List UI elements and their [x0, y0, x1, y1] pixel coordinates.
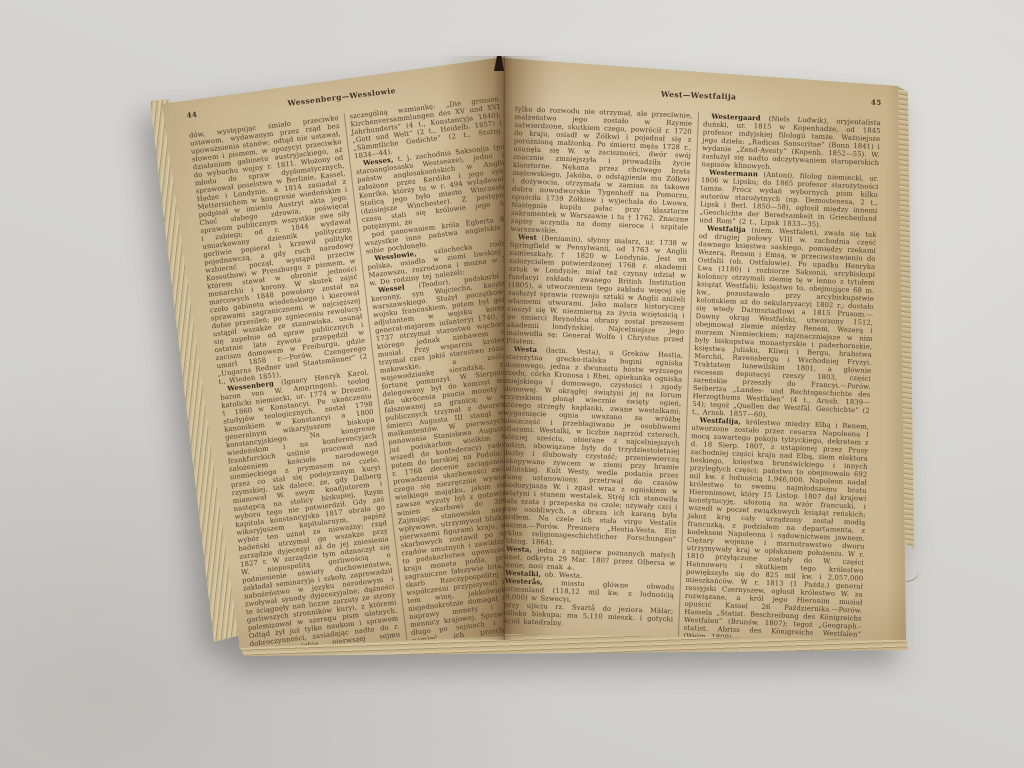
right-header-spacer [516, 91, 542, 92]
left-page-surface: 44 Wessenberg—Wesslowie dów, występując … [186, 74, 504, 652]
entry-paragraph: West (Beniamin), słynny malarz, ur. 1738… [506, 233, 688, 352]
entry-headword: Westermann [709, 168, 764, 178]
entry-headword: Westfalija [707, 224, 752, 234]
entry-paragraph: Westfalija, królestwo między Elbą i Rene… [683, 416, 869, 647]
right-page-surface: West—Westfalija 45 tylko do rozwodu nie … [504, 84, 882, 652]
entry-paragraph: Westfalija (niem. Westfalen), zwała się … [692, 224, 877, 423]
entry-paragraph: Westergaard (Niels Ludwik), oryjentalist… [701, 112, 881, 175]
left-header-spacer [471, 81, 497, 84]
left-page-number: 44 [186, 108, 213, 120]
entry-headword: Westa, [506, 545, 538, 554]
right-page: West—Westfalija 45 tylko do rozwodu nie … [504, 58, 914, 652]
entry-paragraph: Westermann (Antoni), filolog niemiecki, … [699, 168, 879, 231]
photo-background: 44 Wessenberg—Wesslowie dów, występując … [0, 0, 1024, 768]
right-running-head: West—Westfalija [542, 85, 856, 106]
right-page-number: 45 [855, 97, 881, 107]
right-page-text-columns: tylko do rozwodu nie otrzymał, ale przec… [504, 105, 881, 652]
left-page-text-columns: dów, występując śmiało przeciwko ustawom… [189, 95, 504, 652]
open-book: 44 Wessenberg—Wesslowie dów, występując … [0, 0, 1024, 768]
entry-paragraph: Westa (łacin. Vesta), u Greków Hestia, s… [504, 345, 683, 552]
entry-headword: Westerås, [505, 577, 562, 587]
entry-paragraph: tylko do rozwodu nie otrzymał, ale przec… [510, 105, 692, 240]
entry-paragraph: dów, występując śmiało przeciwko ustawom… [189, 114, 369, 386]
entry-headword: Westergaard [711, 113, 769, 123]
entry-headword: Westfalija, [700, 416, 746, 426]
entry-headword: Westa [514, 345, 546, 354]
entry-headword: West [518, 233, 542, 242]
